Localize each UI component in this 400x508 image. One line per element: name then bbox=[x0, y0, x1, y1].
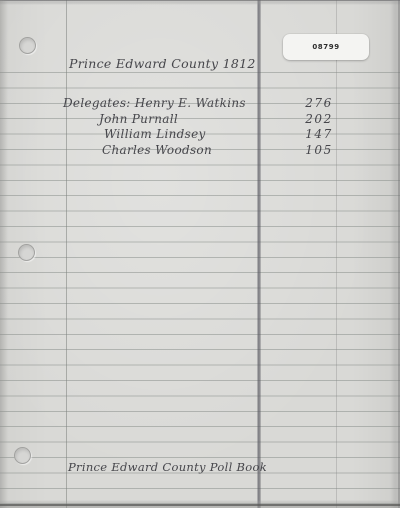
footer-caption: Prince Edward County Poll Book bbox=[68, 460, 267, 474]
scanned-document-page: 08799 Prince Edward County 1812 Delegate… bbox=[0, 0, 400, 508]
delegate-row-votes: 202 bbox=[299, 112, 339, 126]
delegate-row-name: William Lindsey bbox=[104, 127, 206, 141]
delegate-row-votes: 147 bbox=[299, 127, 339, 141]
delegate-row-name: Delegates: Henry E. Watkins bbox=[63, 96, 246, 110]
crease-line bbox=[336, 0, 337, 508]
delegate-row-name: John Purnall bbox=[99, 112, 178, 126]
catalog-number: 08799 bbox=[312, 43, 339, 51]
catalog-label-sticker: 08799 bbox=[283, 34, 369, 60]
punch-hole-top bbox=[19, 37, 36, 54]
margin-line bbox=[66, 0, 67, 508]
delegate-row-votes: 276 bbox=[299, 96, 339, 110]
punch-hole-bottom bbox=[14, 447, 31, 464]
page-title: Prince Edward County 1812 bbox=[69, 56, 256, 71]
page-edge-top bbox=[0, 0, 400, 5]
column-divider-line bbox=[257, 0, 261, 508]
delegate-row-votes: 105 bbox=[299, 143, 339, 157]
punch-hole-middle bbox=[18, 244, 35, 261]
delegate-row-name: Charles Woodson bbox=[102, 143, 212, 157]
